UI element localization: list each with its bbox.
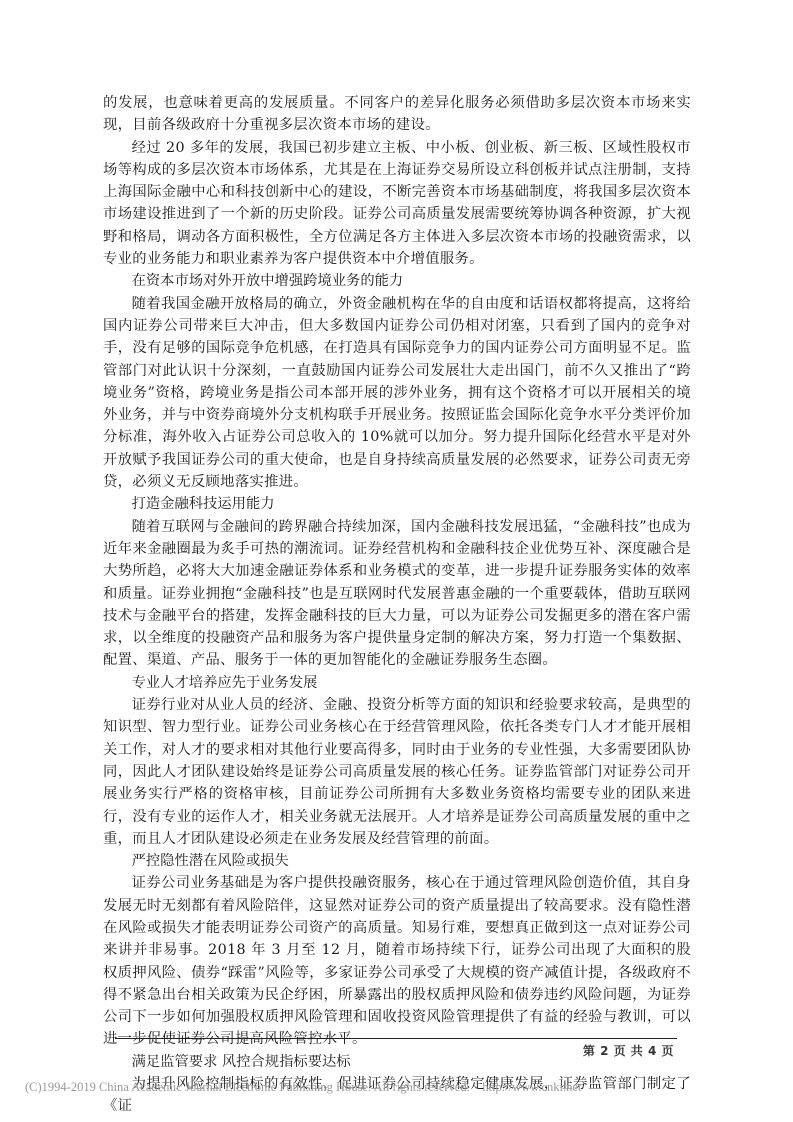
section-heading-talent: 专业人才培养应先于业务发展 <box>103 672 691 694</box>
paragraph-multilevel-capital-market: 经过 20 多年的发展，我国已初步建立主板、中小板、创业板、新三板、区域性股权市… <box>103 137 691 271</box>
paragraph-continuation: 的发展，也意味着更高的发展质量。不同客户的差异化服务必须借助多层次资本市场来实现… <box>103 92 691 137</box>
document-body: 的发展，也意味着更高的发展质量。不同客户的差异化服务必须借助多层次资本市场来实现… <box>103 92 691 1118</box>
paragraph-cross-border: 随着我国金融开放格局的确立，外资金融机构在华的自由度和话语权都将提高，这将给国内… <box>103 293 691 494</box>
section-heading-fintech: 打造金融科技运用能力 <box>103 493 691 515</box>
paragraph-fintech: 随着互联网与金融间的跨界融合持续加深，国内金融科技发展迅猛，“金融科技”也成为近… <box>103 516 691 672</box>
paragraph-risk: 证券公司业务基础是为客户提供投融资服务，核心在于通过管理风险创造价值，其自身发展… <box>103 872 691 1050</box>
page-number: 第 2 页 共 4 页 <box>583 1042 674 1059</box>
paragraph-talent: 证券行业对从业人员的经济、金融、投资分析等方面的知识和经验要求较高，是典型的知识… <box>103 694 691 850</box>
copyright-notice: (C)1994-2019 China Academic Journal Elec… <box>25 1080 581 1095</box>
section-heading-risk: 严控隐性潜在风险或损失 <box>103 850 691 872</box>
section-heading-cross-border: 在资本市场对外开放中增强跨境业务的能力 <box>103 270 691 292</box>
footer-divider <box>115 1038 677 1039</box>
